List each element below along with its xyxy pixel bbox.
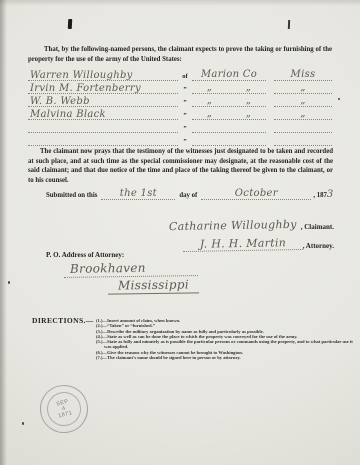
witness-state: „ bbox=[274, 96, 332, 107]
attorney-signature: J. H. H. Martin bbox=[183, 237, 303, 252]
ditto-mark: ” bbox=[178, 99, 192, 107]
submitted-label: Submitted on this bbox=[46, 192, 97, 200]
witness-list: Warren Willoughby of Marion Co Miss Irvi… bbox=[28, 68, 332, 146]
ditto-mark: ” bbox=[178, 125, 192, 133]
prayer-paragraph: The claimant now prays that the testimon… bbox=[28, 147, 333, 185]
ditto-mark: ” bbox=[178, 112, 192, 120]
ink-speck bbox=[8, 281, 10, 284]
witness-row: ” bbox=[28, 133, 332, 146]
day-of-label: day of bbox=[179, 192, 197, 200]
direction-item: (7.)—The claimant's name should be signe… bbox=[96, 355, 359, 360]
of-label: of bbox=[178, 73, 192, 81]
claimant-signature-line: Catharine Willoughby , Claimant. bbox=[165, 220, 334, 232]
ink-mark-left bbox=[68, 19, 73, 29]
photo-top-shadow bbox=[0, 0, 360, 6]
po-address-state: Mississippi bbox=[108, 277, 199, 294]
witness-name: Malvina Black bbox=[28, 109, 178, 120]
po-address-label: P. O. Address of Attorney: bbox=[46, 251, 124, 259]
witness-state: Miss bbox=[274, 70, 332, 81]
witness-state bbox=[274, 132, 332, 133]
witness-name bbox=[28, 132, 178, 133]
submitted-line: Submitted on this the 1st day of October… bbox=[46, 188, 334, 200]
witness-name: Warren Willoughby bbox=[28, 70, 178, 81]
stamp-year: 1871 bbox=[58, 410, 73, 419]
witness-county bbox=[192, 132, 266, 133]
directions-list: (1.)—Insert amount of claim, when known.… bbox=[96, 318, 359, 360]
submitted-year-value: 3 bbox=[327, 189, 334, 200]
direction-item: (5.)—State as fully and minutely as is p… bbox=[96, 339, 359, 350]
submitted-month-value: October bbox=[201, 188, 311, 200]
witness-county: „ „ bbox=[192, 96, 266, 107]
ditto-mark: ” bbox=[178, 138, 192, 146]
witness-state: „ bbox=[274, 109, 332, 120]
witness-state: „ bbox=[274, 83, 332, 94]
witness-county bbox=[192, 145, 266, 146]
witness-row: W. B. Webb ” „ „ „ bbox=[28, 94, 332, 107]
witness-name bbox=[28, 145, 178, 146]
claimant-signature: Catharine Willoughby bbox=[165, 219, 301, 233]
witness-row: ” bbox=[28, 120, 332, 133]
attorney-signature-line: J. H. H. Martin , Attorney. bbox=[183, 238, 334, 251]
po-address-city: Brookhaven bbox=[64, 260, 198, 278]
received-stamp-date: SEP 4 1871 bbox=[43, 388, 84, 429]
witness-county: „ „ bbox=[192, 83, 266, 94]
directions-section: DIRECTIONS.— (1.)—Insert amount of claim… bbox=[32, 318, 359, 360]
photo-edge-shadow bbox=[0, 0, 7, 465]
directions-label: DIRECTIONS.— bbox=[32, 318, 96, 360]
witness-row: Irvin M. Fortenberry ” „ „ „ bbox=[28, 81, 332, 94]
intro-paragraph: That, by the following-named persons, th… bbox=[28, 45, 332, 64]
witness-county: Marion Co bbox=[192, 70, 266, 81]
witness-state bbox=[274, 145, 332, 146]
claimant-label: , Claimant. bbox=[301, 223, 334, 232]
ink-speck bbox=[22, 422, 24, 425]
ditto-mark: ” bbox=[178, 86, 192, 94]
year-prefix-label: , 187 bbox=[313, 192, 327, 200]
submitted-day-value: the 1st bbox=[101, 188, 175, 200]
witness-name: Irvin M. Fortenberry bbox=[28, 83, 178, 94]
witness-row: Warren Willoughby of Marion Co Miss bbox=[28, 68, 332, 81]
witness-county: „ „ bbox=[192, 109, 266, 120]
attorney-label: , Attorney. bbox=[303, 242, 334, 251]
witness-row: Malvina Black ” „ „ „ bbox=[28, 107, 332, 120]
ink-mark-right bbox=[288, 20, 290, 29]
witness-name: W. B. Webb bbox=[28, 96, 178, 107]
ink-speck bbox=[338, 98, 340, 100]
